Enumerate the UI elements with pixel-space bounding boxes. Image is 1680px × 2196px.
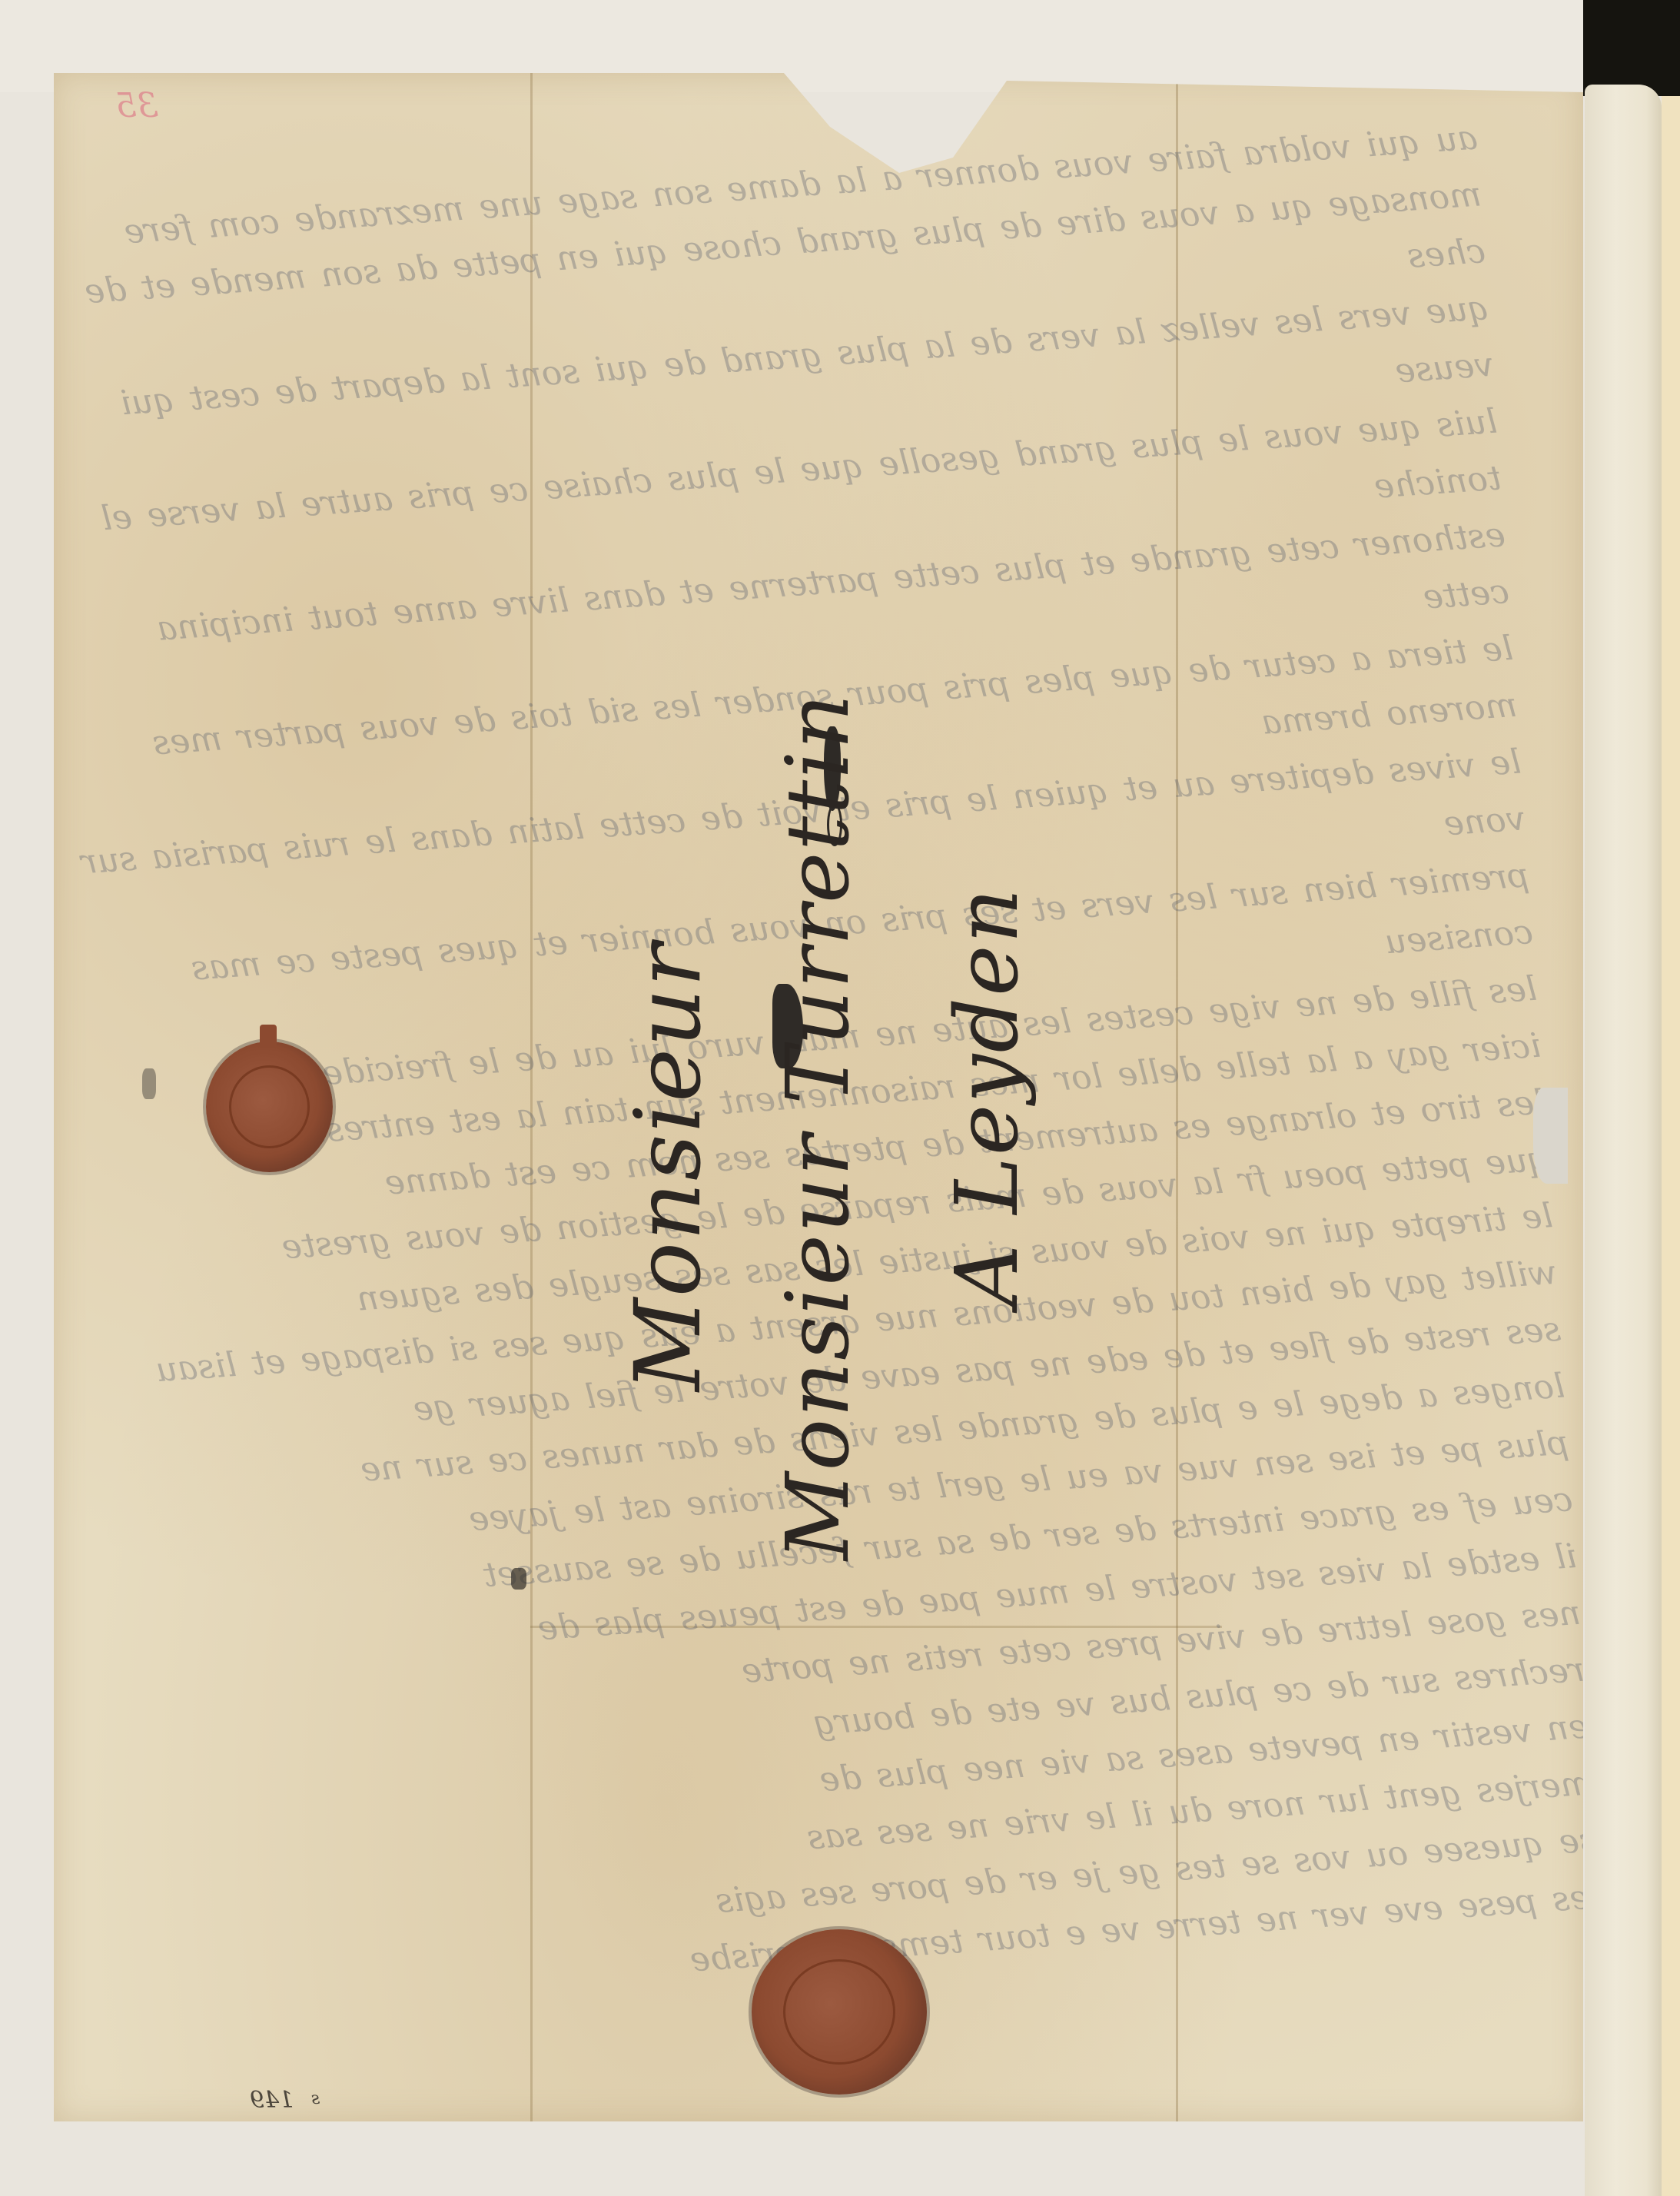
bottom-mirror-mark: 149 bbox=[250, 2087, 294, 2114]
binding-edge bbox=[1662, 96, 1680, 2196]
seal-stem bbox=[260, 1025, 277, 1048]
book-cover bbox=[1583, 0, 1680, 96]
wax-seal-bottom bbox=[752, 1929, 927, 2095]
address-line-2: Monsieur Turrettin bbox=[769, 693, 868, 1560]
bottom-small-mark: s bbox=[311, 2089, 320, 2108]
address-line-3: A Leyden bbox=[938, 886, 1038, 1307]
folio-number: 35 bbox=[115, 86, 158, 125]
paper-repair-patch bbox=[1533, 1088, 1568, 1184]
wax-seal-left bbox=[206, 1042, 333, 1172]
binding-strip bbox=[1585, 85, 1662, 2196]
ink-smudge bbox=[511, 1568, 526, 1590]
ink-smudge-left bbox=[142, 1068, 156, 1099]
address-line-1: Monsieur bbox=[615, 942, 721, 1391]
